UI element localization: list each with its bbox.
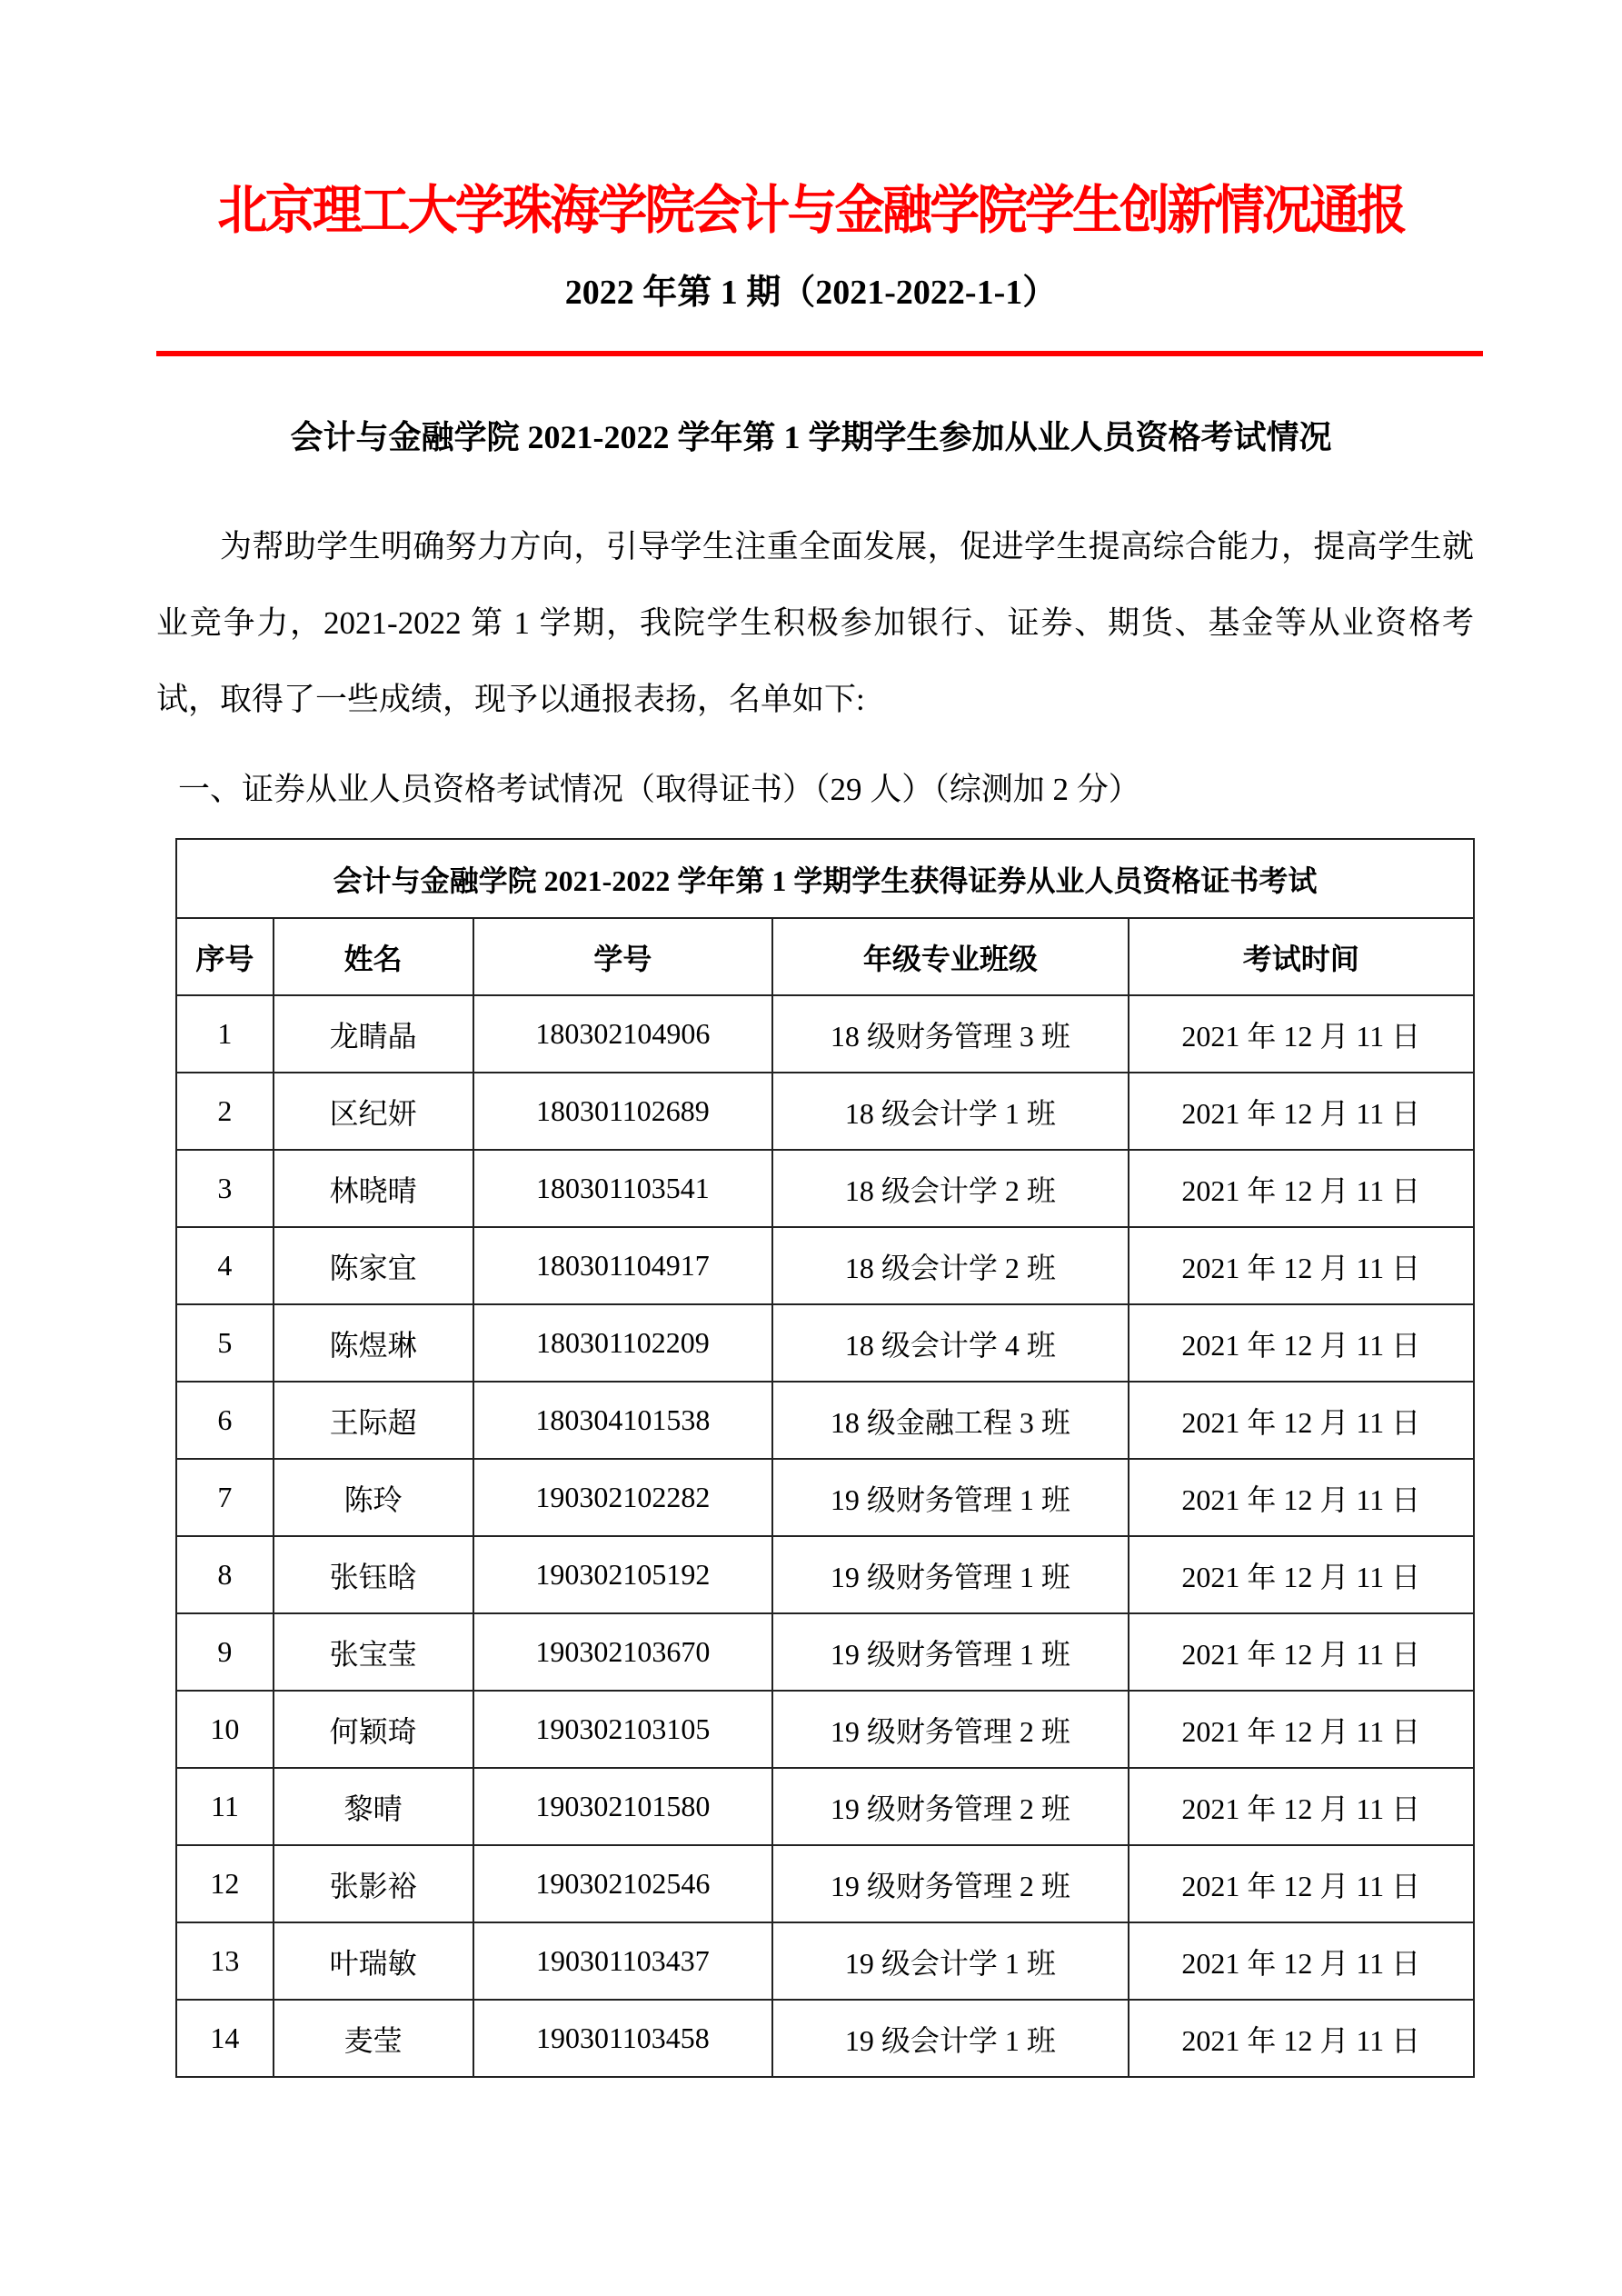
- student-id-cell: 180302104906: [473, 995, 773, 1073]
- name-cell: 陈煜琳: [274, 1304, 473, 1382]
- name-cell: 麦莹: [274, 2000, 473, 2077]
- index-cell: 1: [176, 995, 274, 1073]
- exam-date-cell: 2021 年 12 月 11 日: [1129, 1768, 1474, 1845]
- exam-date-cell: 2021 年 12 月 11 日: [1129, 995, 1474, 1073]
- index-cell: 8: [176, 1536, 274, 1613]
- name-cell: 张影裕: [274, 1845, 473, 1922]
- student-id-cell: 180301102209: [473, 1304, 773, 1382]
- table-caption: 会计与金融学院 2021-2022 学年第 1 学期学生获得证券从业人员资格证书…: [176, 839, 1474, 918]
- exam-date-cell: 2021 年 12 月 11 日: [1129, 1304, 1474, 1382]
- table-row: 8张钰晗19030210519219 级财务管理 1 班2021 年 12 月 …: [176, 1536, 1474, 1613]
- name-cell: 区纪妍: [274, 1073, 473, 1150]
- exam-date-cell: 2021 年 12 月 11 日: [1129, 1845, 1474, 1922]
- student-id-cell: 190302103670: [473, 1613, 773, 1691]
- exam-date-cell: 2021 年 12 月 11 日: [1129, 1691, 1474, 1768]
- class-cell: 18 级会计学 2 班: [772, 1150, 1128, 1227]
- column-header-student-id: 学号: [473, 918, 773, 995]
- exam-date-cell: 2021 年 12 月 11 日: [1129, 1227, 1474, 1304]
- table-row: 3林晓晴18030110354118 级会计学 2 班2021 年 12 月 1…: [176, 1150, 1474, 1227]
- column-header-name: 姓名: [274, 918, 473, 995]
- class-cell: 18 级会计学 4 班: [772, 1304, 1128, 1382]
- column-header-index: 序号: [176, 918, 274, 995]
- index-cell: 7: [176, 1459, 274, 1536]
- name-cell: 林晓晴: [274, 1150, 473, 1227]
- exam-date-cell: 2021 年 12 月 11 日: [1129, 1073, 1474, 1150]
- class-cell: 19 级会计学 1 班: [772, 1922, 1128, 2000]
- student-id-cell: 190302101580: [473, 1768, 773, 1845]
- class-cell: 18 级会计学 2 班: [772, 1227, 1128, 1304]
- student-id-cell: 180301104917: [473, 1227, 773, 1304]
- index-cell: 11: [176, 1768, 274, 1845]
- name-cell: 张宝莹: [274, 1613, 473, 1691]
- table-row: 4陈家宜18030110491718 级会计学 2 班2021 年 12 月 1…: [176, 1227, 1474, 1304]
- table-row: 11黎晴19030210158019 级财务管理 2 班2021 年 12 月 …: [176, 1768, 1474, 1845]
- exam-date-cell: 2021 年 12 月 11 日: [1129, 1382, 1474, 1459]
- index-cell: 10: [176, 1691, 274, 1768]
- name-cell: 黎晴: [274, 1768, 473, 1845]
- name-cell: 王际超: [274, 1382, 473, 1459]
- student-id-cell: 190302103105: [473, 1691, 773, 1768]
- table-row: 1龙睛晶18030210490618 级财务管理 3 班2021 年 12 月 …: [176, 995, 1474, 1073]
- student-id-cell: 190302105192: [473, 1536, 773, 1613]
- class-cell: 19 级财务管理 2 班: [772, 1845, 1128, 1922]
- class-cell: 18 级财务管理 3 班: [772, 995, 1128, 1073]
- issue-number: 2022 年第 1 期（2021-2022-1-1）: [0, 271, 1622, 314]
- exam-date-cell: 2021 年 12 月 11 日: [1129, 1459, 1474, 1536]
- table-row: 7陈玲19030210228219 级财务管理 1 班2021 年 12 月 1…: [176, 1459, 1474, 1536]
- table-row: 14麦莹19030110345819 级会计学 1 班2021 年 12 月 1…: [176, 2000, 1474, 2077]
- name-cell: 何颖琦: [274, 1691, 473, 1768]
- intro-paragraph: 为帮助学生明确努力方向，引导学生注重全面发展，促进学生提高综合能力，提高学生就业…: [156, 509, 1474, 738]
- index-cell: 12: [176, 1845, 274, 1922]
- column-header-exam-date: 考试时间: [1129, 918, 1474, 995]
- name-cell: 陈玲: [274, 1459, 473, 1536]
- class-cell: 19 级财务管理 1 班: [772, 1459, 1128, 1536]
- name-cell: 叶瑞敏: [274, 1922, 473, 2000]
- exam-date-cell: 2021 年 12 月 11 日: [1129, 2000, 1474, 2077]
- table-row: 9张宝莹19030210367019 级财务管理 1 班2021 年 12 月 …: [176, 1613, 1474, 1691]
- table-row: 10何颖琦19030210310519 级财务管理 2 班2021 年 12 月…: [176, 1691, 1474, 1768]
- exam-date-cell: 2021 年 12 月 11 日: [1129, 1613, 1474, 1691]
- table-row: 5陈煜琳18030110220918 级会计学 4 班2021 年 12 月 1…: [176, 1304, 1474, 1382]
- table-row: 6王际超18030410153818 级金融工程 3 班2021 年 12 月 …: [176, 1382, 1474, 1459]
- class-cell: 19 级财务管理 1 班: [772, 1613, 1128, 1691]
- index-cell: 6: [176, 1382, 274, 1459]
- class-cell: 19 级财务管理 1 班: [772, 1536, 1128, 1613]
- student-id-cell: 190302102282: [473, 1459, 773, 1536]
- section-heading: 会计与金融学院 2021-2022 学年第 1 学期学生参加从业人员资格考试情况: [0, 416, 1622, 458]
- document-title: 北京理工大学珠海学院会计与金融学院学生创新情况通报: [41, 178, 1582, 242]
- name-cell: 龙睛晶: [274, 995, 473, 1073]
- student-id-cell: 190302102546: [473, 1845, 773, 1922]
- section-1-title: 一、证券从业人员资格考试情况（取得证书）（29 人）（综测加 2 分）: [178, 769, 1140, 811]
- table-header-row: 序号 姓名 学号 年级专业班级 考试时间: [176, 918, 1474, 995]
- index-cell: 4: [176, 1227, 274, 1304]
- index-cell: 13: [176, 1922, 274, 2000]
- student-id-cell: 190301103437: [473, 1922, 773, 2000]
- index-cell: 2: [176, 1073, 274, 1150]
- class-cell: 18 级金融工程 3 班: [772, 1382, 1128, 1459]
- student-id-cell: 180301103541: [473, 1150, 773, 1227]
- name-cell: 陈家宜: [274, 1227, 473, 1304]
- exam-date-cell: 2021 年 12 月 11 日: [1129, 1922, 1474, 2000]
- student-id-cell: 180304101538: [473, 1382, 773, 1459]
- index-cell: 3: [176, 1150, 274, 1227]
- exam-date-cell: 2021 年 12 月 11 日: [1129, 1150, 1474, 1227]
- class-cell: 18 级会计学 1 班: [772, 1073, 1128, 1150]
- name-cell: 张钰晗: [274, 1536, 473, 1613]
- red-divider: [156, 351, 1483, 356]
- table-row: 2区纪妍18030110268918 级会计学 1 班2021 年 12 月 1…: [176, 1073, 1474, 1150]
- exam-date-cell: 2021 年 12 月 11 日: [1129, 1536, 1474, 1613]
- class-cell: 19 级财务管理 2 班: [772, 1768, 1128, 1845]
- index-cell: 14: [176, 2000, 274, 2077]
- student-id-cell: 190301103458: [473, 2000, 773, 2077]
- securities-certificate-table: 会计与金融学院 2021-2022 学年第 1 学期学生获得证券从业人员资格证书…: [175, 838, 1475, 2078]
- index-cell: 5: [176, 1304, 274, 1382]
- student-id-cell: 180301102689: [473, 1073, 773, 1150]
- class-cell: 19 级财务管理 2 班: [772, 1691, 1128, 1768]
- table-row: 13叶瑞敏19030110343719 级会计学 1 班2021 年 12 月 …: [176, 1922, 1474, 2000]
- table-row: 12张影裕19030210254619 级财务管理 2 班2021 年 12 月…: [176, 1845, 1474, 1922]
- class-cell: 19 级会计学 1 班: [772, 2000, 1128, 2077]
- index-cell: 9: [176, 1613, 274, 1691]
- column-header-class: 年级专业班级: [772, 918, 1128, 995]
